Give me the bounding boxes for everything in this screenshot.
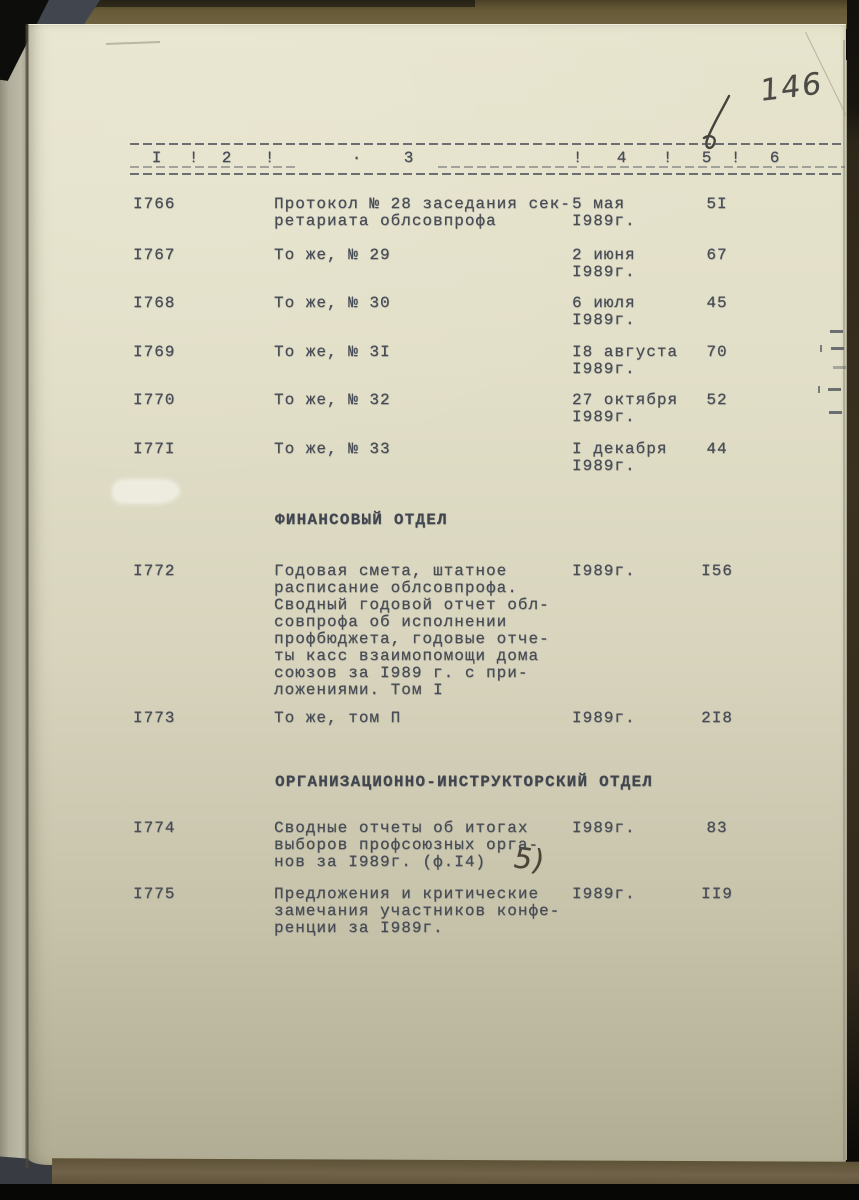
entry-id: I767 <box>133 247 213 264</box>
ruler-label: 6 <box>760 150 790 167</box>
entry-id: I769 <box>133 344 213 361</box>
top-edge-shadow <box>85 0 475 7</box>
photographed-book-scan: 146 5) I!2!·3!4!5!6 I766Протокол № 28 за… <box>0 0 859 1200</box>
ruler-label: ! <box>563 150 593 167</box>
ruler-label: 3 <box>394 150 424 167</box>
entry-date: 5 мая I989г. <box>572 196 702 230</box>
ruler-label: 2 <box>212 150 242 167</box>
entry-desc: То же, № 30 <box>274 295 589 312</box>
ruler-label: I <box>142 150 172 167</box>
edge-bleed-dash <box>831 347 844 350</box>
section-title: ФИНАНСОВЫЙ ОТДЕЛ <box>275 512 695 529</box>
entry-id: I766 <box>133 196 213 213</box>
scan-background-bottom <box>0 1184 859 1200</box>
entry-date: 27 октября I989г. <box>572 392 702 426</box>
entry-pages: I56 <box>692 563 742 580</box>
entry-pages: 83 <box>692 820 742 837</box>
ruler-label: ! <box>653 150 683 167</box>
entry-pages: II9 <box>692 886 742 903</box>
ruler-label: 4 <box>607 150 637 167</box>
entry-desc: То же, № 32 <box>274 392 589 409</box>
entry-pages: 52 <box>692 392 742 409</box>
entry-pages: 5I <box>692 196 742 213</box>
entry-id: I770 <box>133 392 213 409</box>
edge-bleed-tick <box>818 386 820 393</box>
edge-bleed-dash <box>828 388 841 391</box>
entry-desc: То же, № 33 <box>274 441 589 458</box>
ruler-label: ! <box>255 150 285 167</box>
page-right-edge-line <box>843 40 845 1160</box>
ruler-dashed-line-bottom <box>130 173 845 175</box>
entry-desc: Годовая смета, штатное расписание облсов… <box>274 563 589 699</box>
entry-pages: 45 <box>692 295 742 312</box>
entry-date: I989г. <box>572 710 702 727</box>
entry-desc: Предложения и критические замечания учас… <box>274 886 589 937</box>
ruler-label: ! <box>721 150 751 167</box>
ruler-dashed-line-top <box>130 143 845 145</box>
entry-date: I989г. <box>572 886 702 903</box>
ruler-label: 5 <box>692 150 722 167</box>
edge-bleed-dash <box>829 411 842 414</box>
book-cover-right-edge <box>847 0 859 1200</box>
entry-desc: Сводные отчеты об итогах выборов профсою… <box>274 820 589 871</box>
entry-id: I772 <box>133 563 213 580</box>
entry-id: I768 <box>133 295 213 312</box>
entry-desc: Протокол № 28 заседания сек- ретариата о… <box>274 196 589 230</box>
entry-date: I8 августа I989г. <box>572 344 702 378</box>
page-fold-crease <box>25 24 29 1168</box>
section-title: ОРГАНИЗАЦИОННО-ИНСТРУКТОРСКИЙ ОТДЕЛ <box>275 774 695 791</box>
entry-date: I989г. <box>572 563 702 580</box>
entry-id: I775 <box>133 886 213 903</box>
entry-desc: То же, том П <box>274 710 589 727</box>
entry-pages: 44 <box>692 441 742 458</box>
entry-date: I989г. <box>572 820 702 837</box>
entry-id: I774 <box>133 820 213 837</box>
entry-date: 2 июня I989г. <box>572 247 702 281</box>
entry-pages: 67 <box>692 247 742 264</box>
entry-date: I декабря I989г. <box>572 441 702 475</box>
entry-pages: 70 <box>692 344 742 361</box>
edge-bleed-tick <box>820 345 822 352</box>
edge-bleed-dash <box>833 366 846 369</box>
correction-fluid-patch <box>114 481 178 502</box>
edge-bleed-dash <box>830 330 843 333</box>
ruler-label: ! <box>179 150 209 167</box>
entry-id: I77I <box>133 441 213 458</box>
ruler-label: · <box>342 150 372 167</box>
entry-date: 6 июля I989г. <box>572 295 702 329</box>
entry-desc: То же, № 3I <box>274 344 589 361</box>
entry-pages: 2I8 <box>692 710 742 727</box>
entry-id: I773 <box>133 710 213 727</box>
entry-desc: То же, № 29 <box>274 247 589 264</box>
